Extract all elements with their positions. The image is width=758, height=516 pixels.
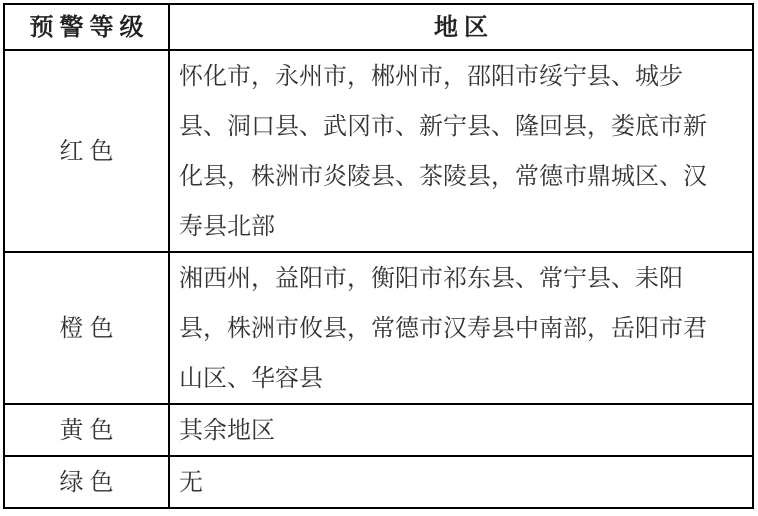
- table-row-yellow: 黄色 其余地区: [4, 404, 753, 456]
- regions-yellow: 其余地区: [169, 404, 753, 456]
- header-warning-level: 预警等级: [4, 4, 169, 50]
- warning-level-yellow: 黄色: [4, 404, 169, 456]
- warning-level-red: 红色: [4, 50, 169, 252]
- table-row-green: 绿色 无: [4, 456, 753, 508]
- warning-level-orange: 橙色: [4, 252, 169, 404]
- header-region: 地区: [169, 4, 753, 50]
- table-row-orange: 橙色 湘西州，益阳市，衡阳市祁东县、常宁县、耒阳县，株洲市攸县，常德市汉寿县中南…: [4, 252, 753, 404]
- regions-red: 怀化市，永州市，郴州市，邵阳市绥宁县、城步县、洞口县、武冈市、新宁县、隆回县，娄…: [169, 50, 753, 252]
- regions-green: 无: [169, 456, 753, 508]
- table-header-row: 预警等级 地区: [4, 4, 753, 50]
- regions-orange: 湘西州，益阳市，衡阳市祁东县、常宁县、耒阳县，株洲市攸县，常德市汉寿县中南部，岳…: [169, 252, 753, 404]
- warning-level-table: 预警等级 地区 红色 怀化市，永州市，郴州市，邵阳市绥宁县、城步县、洞口县、武冈…: [3, 3, 754, 509]
- warning-level-green: 绿色: [4, 456, 169, 508]
- table-row-red: 红色 怀化市，永州市，郴州市，邵阳市绥宁县、城步县、洞口县、武冈市、新宁县、隆回…: [4, 50, 753, 252]
